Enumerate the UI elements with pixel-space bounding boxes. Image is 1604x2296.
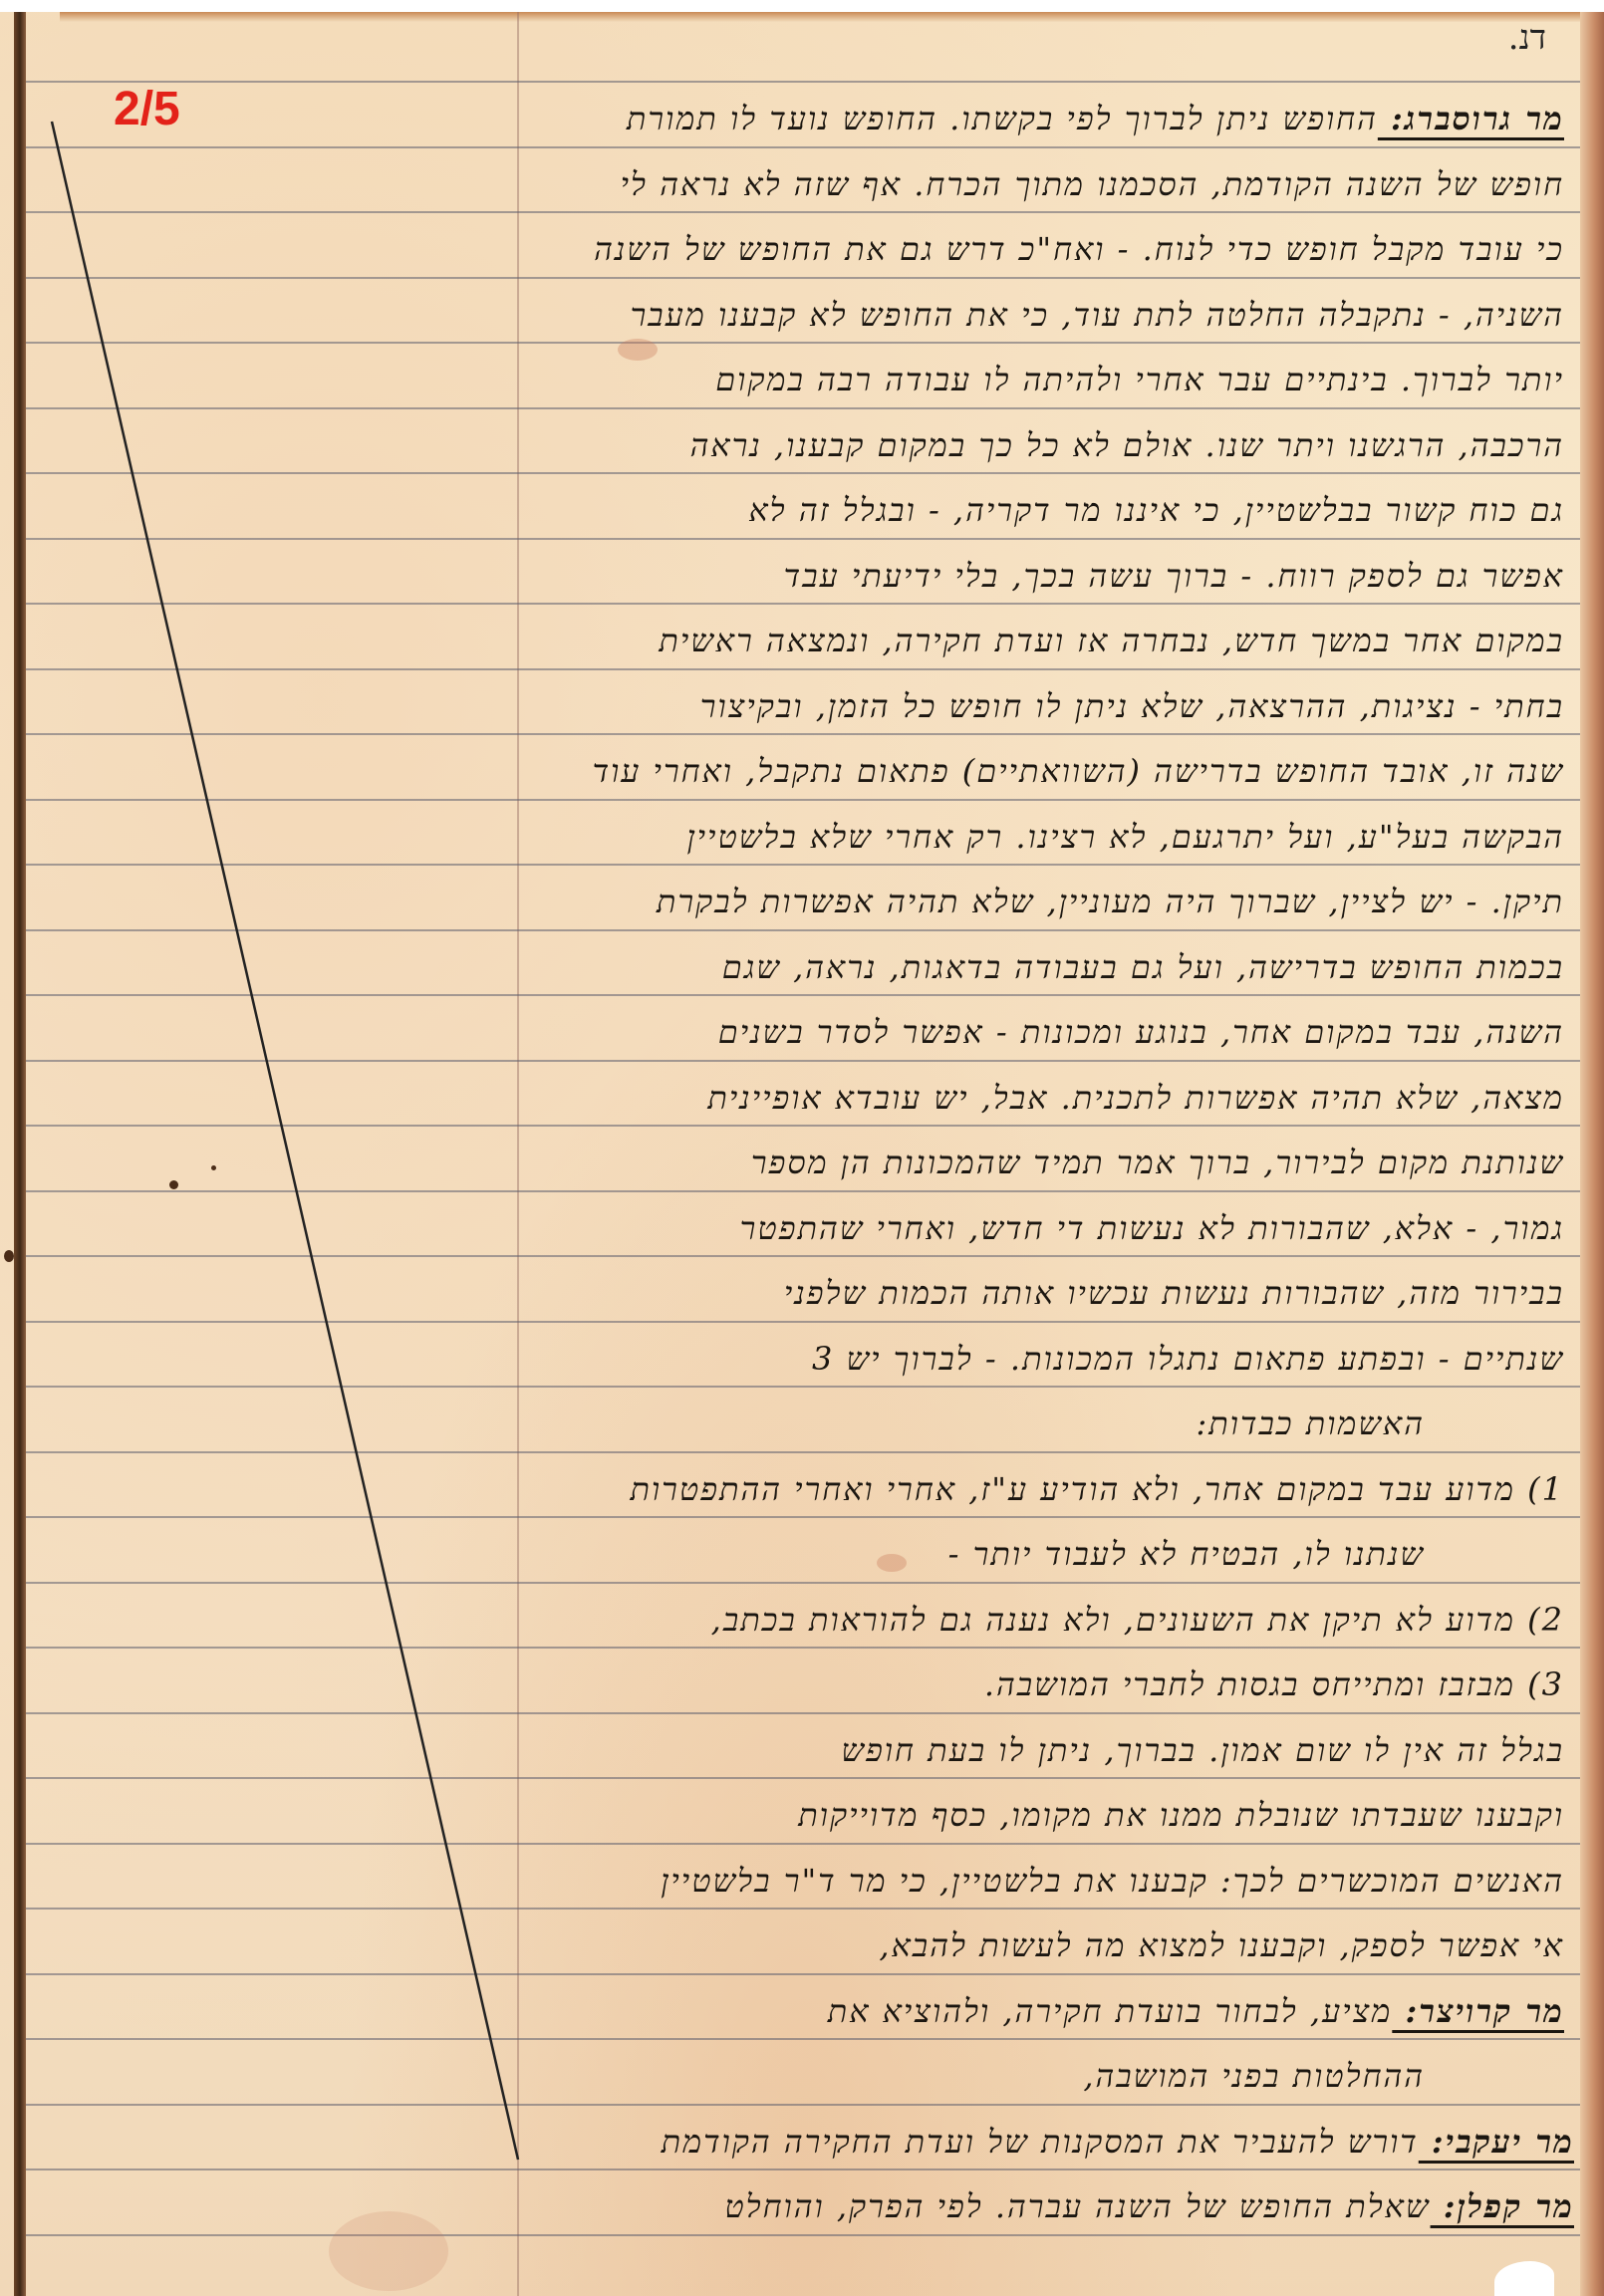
line-text: חופש של השנה הקודמת, הסכמנו מתוך הכרח. א…: [621, 165, 1564, 203]
text-line: בחתי - נציגות, ההרצאה, שלא ניתן לו חופש …: [700, 687, 1564, 725]
text-line: בכמות החופש בדרישה, ועל גם בעבודה בדאגות…: [722, 948, 1564, 986]
line-text: הרכבה, הרגשנו ויתר שנו. אולם לא כל כך במ…: [690, 426, 1564, 464]
text-line: 2) מדוע לא תיקן את השעונים, ולא נענה גם …: [711, 1601, 1564, 1639]
line-text: כי עובד מקבל חופש כדי לנוח. - ואח"כ דרש …: [594, 230, 1564, 268]
text-line: מצאה, שלא תהיה אפשרות לתכנית. אבל, יש עו…: [707, 1079, 1564, 1117]
text-line: ההחלטות בפני המושבה,: [1083, 2057, 1425, 2095]
line-text: דורש להעביר את המסקנות של ועדת החקירה הק…: [662, 2123, 1419, 2161]
text-line: 1) מדוע עבד במקום אחר, ולא הודיע ע"ז, אח…: [630, 1470, 1564, 1508]
text-line: הבקשה בעל"ע, ועל יתרגעם, לא רצינו. רק אח…: [687, 818, 1565, 856]
text-line: 3) מבזבז ומתייחס בגסות לחברי המושבה.: [984, 1665, 1564, 1703]
line-text: אי אפשר לספק, וקבענו למצוא מה לעשות להבא…: [879, 1926, 1564, 1964]
page-counter-label: 2/5: [114, 82, 180, 136]
speaker-name: מר קפלן:: [1431, 2187, 1574, 2225]
line-text: ההחלטות בפני המושבה,: [1083, 2057, 1425, 2095]
text-line: בגלל זה אין לו שום אמון. בברוך, ניתן לו …: [841, 1731, 1564, 1769]
text-line: שנתנו לו, הבטיח לא לעבוד יותר -: [948, 1535, 1425, 1573]
line-text: 3) מבזבז ומתייחס בגסות לחברי המושבה.: [984, 1665, 1564, 1703]
line-text: השנה, עבד במקום אחר, בנוגע ומכונות - אפש…: [718, 1013, 1564, 1051]
text-line: כי עובד מקבל חופש כדי לנוח. - ואח"כ דרש …: [594, 230, 1564, 268]
line-text: החופש ניתן לברוך לפי בקשתו. החופש נועד ל…: [627, 100, 1378, 137]
line-text: השניה, - נתקבלה החלטה לתת עוד, כי את החו…: [631, 296, 1564, 334]
text-line: וקבענו שעבדתו שנובלת ממנו את מקומו, כסף …: [798, 1796, 1564, 1834]
line-text: בבירור מזה, שהבורות נעשות עכשיו אותה הכמ…: [784, 1274, 1564, 1312]
line-text: הבקשה בעל"ע, ועל יתרגעם, לא רצינו. רק אח…: [687, 818, 1565, 856]
line-text: שנותנת מקום לבירור, ברוך אמר תמיד שהמכונ…: [751, 1144, 1564, 1181]
line-text: שנתנו לו, הבטיח לא לעבוד יותר -: [948, 1535, 1425, 1573]
text-line: מר קפלן: שאלת החופש של השנה עברה. לפי הפ…: [724, 2187, 1574, 2225]
line-text: בגלל זה אין לו שום אמון. בברוך, ניתן לו …: [841, 1731, 1564, 1769]
text-line: אפשר גם לספק רווח. - ברוך עשה בכך, בלי י…: [784, 557, 1564, 595]
text-line: השנה, עבד במקום אחר, בנוגע ומכונות - אפש…: [718, 1013, 1564, 1051]
text-line: אי אפשר לספק, וקבענו למצוא מה לעשות להבא…: [879, 1926, 1564, 1964]
text-line: הרכבה, הרגשנו ויתר שנו. אולם לא כל כך במ…: [690, 426, 1564, 464]
text-line: גמור, - אלא, שהבורות לא נעשות די חדש, וא…: [740, 1209, 1564, 1247]
text-line: יותר לברוך. בינתיים עבר אחרי ולהיתה לו ע…: [715, 361, 1564, 398]
text-line: מר גרוסברג: החופש ניתן לברוך לפי בקשתו. …: [627, 100, 1564, 137]
line-text: גם כוח קשור בבלשטיין, כי איננו מר דקריה,…: [748, 491, 1564, 529]
speaker-name: מר יעקבי:: [1419, 2123, 1574, 2161]
line-text: האשמות כבדות:: [1196, 1404, 1425, 1442]
line-text: יותר לברוך. בינתיים עבר אחרי ולהיתה לו ע…: [715, 361, 1564, 398]
text-line: מר יעקבי: דורש להעביר את המסקנות של ועדת…: [662, 2123, 1574, 2161]
text-line: שנותנת מקום לבירור, ברוך אמר תמיד שהמכונ…: [751, 1144, 1564, 1181]
line-text: שנתיים - ובפתע פתאום נתגלו המכונות. - לב…: [812, 1340, 1564, 1378]
line-text: תיקן. - יש לציין, שברוך היה מעוניין, שלא…: [657, 883, 1564, 920]
line-text: 2) מדוע לא תיקן את השעונים, ולא נענה גם …: [711, 1601, 1564, 1639]
speaker-name: מר קרויצר:: [1392, 1992, 1564, 2030]
text-line: האשמות כבדות:: [1196, 1404, 1425, 1442]
text-line: מר קרויצר: מציע, לבחור בועדת חקירה, ולהו…: [828, 1992, 1564, 2030]
line-text: במקום אחר במשך חדש, נבחרה אז ועדת חקירה,…: [659, 622, 1564, 659]
text-line: שנה זו, אובד החופש בדרישה (השוואתיים) פת…: [593, 752, 1564, 790]
text-line: גם כוח קשור בבלשטיין, כי איננו מר דקריה,…: [748, 491, 1564, 529]
line-text: האנשים המוכשרים לכך: קבענו את בלשטיין, כ…: [661, 1862, 1564, 1900]
line-text: אפשר גם לספק רווח. - ברוך עשה בכך, בלי י…: [784, 557, 1564, 595]
page-number: דנ.: [1508, 18, 1546, 58]
text-line: השניה, - נתקבלה החלטה לתת עוד, כי את החו…: [631, 296, 1564, 334]
text-line: תיקן. - יש לציין, שברוך היה מעוניין, שלא…: [657, 883, 1564, 920]
text-line: במקום אחר במשך חדש, נבחרה אז ועדת חקירה,…: [659, 622, 1564, 659]
line-text: בכמות החופש בדרישה, ועל גם בעבודה בדאגות…: [722, 948, 1564, 986]
speaker-name: מר גרוסברג:: [1378, 100, 1564, 137]
line-text: בחתי - נציגות, ההרצאה, שלא ניתן לו חופש …: [700, 687, 1564, 725]
line-text: שאלת החופש של השנה עברה. לפי הפרק, והוחל…: [724, 2187, 1430, 2225]
line-text: וקבענו שעבדתו שנובלת ממנו את מקומו, כסף …: [798, 1796, 1564, 1834]
line-text: מציע, לבחור בועדת חקירה, ולהוציא את: [828, 1992, 1393, 2030]
text-line: בבירור מזה, שהבורות נעשות עכשיו אותה הכמ…: [784, 1274, 1564, 1312]
text-line: האנשים המוכשרים לכך: קבענו את בלשטיין, כ…: [661, 1862, 1564, 1900]
line-text: שנה זו, אובד החופש בדרישה (השוואתיים) פת…: [593, 752, 1564, 790]
text-line: שנתיים - ובפתע פתאום נתגלו המכונות. - לב…: [812, 1340, 1564, 1378]
text-line: חופש של השנה הקודמת, הסכמנו מתוך הכרח. א…: [621, 165, 1564, 203]
line-text: 1) מדוע עבד במקום אחר, ולא הודיע ע"ז, אח…: [630, 1470, 1564, 1508]
line-text: מצאה, שלא תהיה אפשרות לתכנית. אבל, יש עו…: [707, 1079, 1564, 1117]
line-text: גמור, - אלא, שהבורות לא נעשות די חדש, וא…: [740, 1209, 1564, 1247]
